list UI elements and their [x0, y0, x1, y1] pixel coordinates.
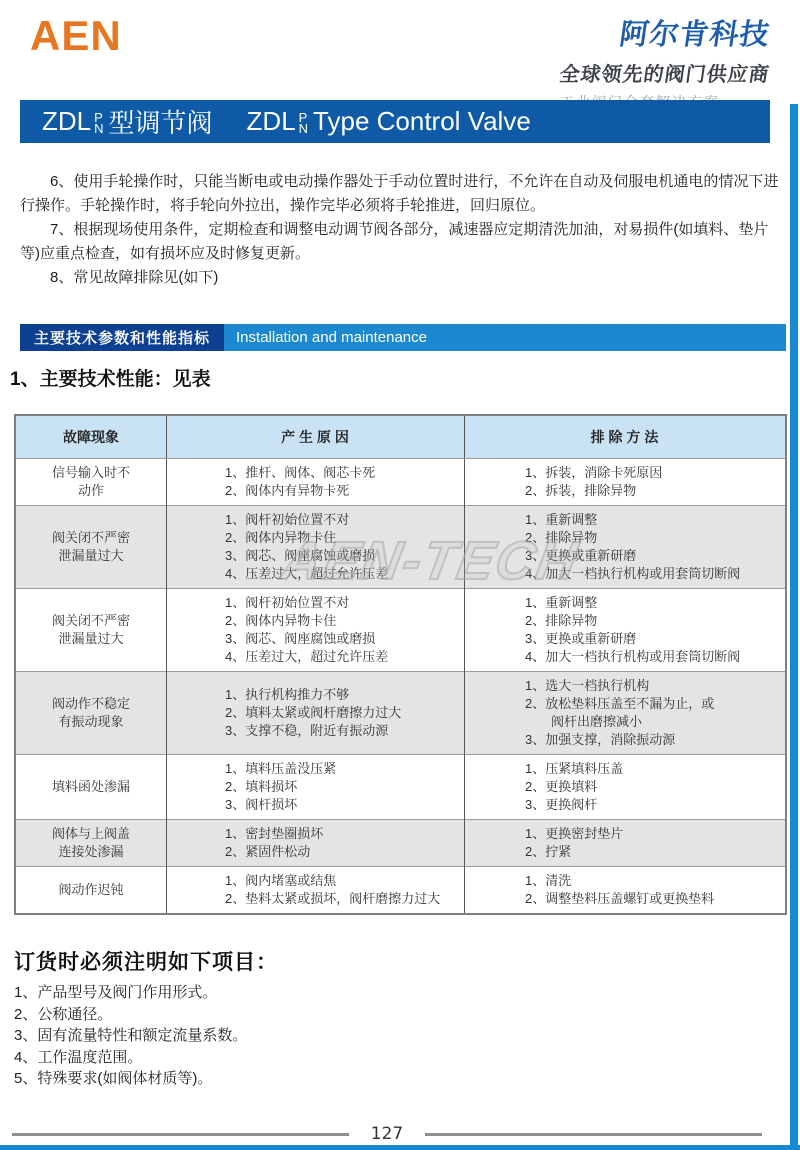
cell-phenomenon: 阀动作不稳定 有振动现象	[15, 672, 167, 755]
col-header-causes: 产 生 原 因	[167, 415, 465, 459]
brand-block: 阿尔肯科技 全球领先的阀门供应商 工业阀门全套解决方案	[560, 12, 770, 112]
cell-causes: 1、填料压盖没压紧 2、填料损坏 3、阀杆损坏	[167, 755, 465, 820]
cell-solutions: 1、拆装，消除卡死原因 2、拆装，排除异物	[465, 459, 787, 506]
footer-rule-right	[425, 1133, 762, 1136]
cell-causes: 1、密封垫圈损坏 2、紧固件松动	[167, 820, 465, 867]
page-edge-strip	[790, 104, 798, 1150]
model-code: ZDL	[42, 106, 91, 137]
brand-slogan: 全球领先的阀门供应商	[558, 58, 772, 87]
paragraph-7: 7、根据现场使用条件，定期检查和调整电动调节阀各部分，减速器应定期清洗加油，对易…	[20, 218, 782, 266]
table-row: 阀关闭不严密 泄漏量过大 1、阀杆初始位置不对 2、阀体内异物卡住 3、阀芯、阀…	[15, 506, 786, 589]
pn-sub: N	[94, 123, 103, 134]
col-header-phenomenon: 故障现象	[15, 415, 167, 459]
table-row: 信号输入时不 动作 1、推杆、阀体、阀芯卡死 2、阀体内有异物卡死 1、拆装，消…	[15, 459, 786, 506]
product-title-en: Type Control Valve	[313, 106, 531, 137]
order-item: 3、固有流量特性和额定流量系数。	[14, 1025, 247, 1047]
table-heading: 1、主要技术性能：见表	[10, 364, 211, 391]
section-header-bar: 主要技术参数和性能指标 Installation and maintenance	[20, 324, 786, 351]
pn-stack-2: P N	[299, 112, 308, 134]
cell-solutions: 1、更换密封垫片 2、拧紧	[465, 820, 787, 867]
section-title-en: Installation and maintenance	[224, 324, 427, 351]
footer-rule-left	[12, 1133, 349, 1136]
document-page: { "header": { "logo": "AEN", "brand_cn":…	[0, 0, 800, 1150]
table-row: 阀动作不稳定 有振动现象 1、执行机构推力不够 2、填料太紧或阀杆磨擦力过大 3…	[15, 672, 786, 755]
product-title-cn: 型调节阀	[109, 103, 213, 140]
bottom-accent-bar	[0, 1145, 800, 1150]
page-number: 127	[371, 1124, 403, 1144]
cell-causes: 1、推杆、阀体、阀芯卡死 2、阀体内有异物卡死	[167, 459, 465, 506]
paragraph-8: 8、常见故障排除见(如下)	[20, 266, 782, 290]
table-row: 阀动作迟钝 1、阀内堵塞或结焦 2、垫料太紧或损坏，阀杆磨擦力过大 1、清洗 2…	[15, 867, 786, 915]
order-item: 4、工作温度范围。	[14, 1047, 247, 1069]
cell-phenomenon: 填料函处渗漏	[15, 755, 167, 820]
table-header-row: 故障现象 产 生 原 因 排 除 方 法	[15, 415, 786, 459]
order-item: 1、产品型号及阀门作用形式。	[14, 982, 247, 1004]
page-footer: 127	[12, 1124, 762, 1144]
cell-causes: 1、阀杆初始位置不对 2、阀体内异物卡住 3、阀芯、阀座腐蚀或磨损 4、压差过大…	[167, 589, 465, 672]
pn-stack: P N	[94, 112, 103, 134]
cell-phenomenon: 阀动作迟钝	[15, 867, 167, 915]
order-item: 5、特殊要求(如阀体材质等)。	[14, 1068, 247, 1090]
cell-phenomenon: 阀关闭不严密 泄漏量过大	[15, 506, 167, 589]
order-section-heading: 订货时必须注明如下项目：	[14, 946, 278, 976]
table-row: 填料函处渗漏 1、填料压盖没压紧 2、填料损坏 3、阀杆损坏 1、压紧填料压盖 …	[15, 755, 786, 820]
order-item-list: 1、产品型号及阀门作用形式。 2、公称通径。 3、固有流量特性和额定流量系数。 …	[14, 982, 247, 1090]
section-title-cn: 主要技术参数和性能指标	[20, 324, 224, 351]
cell-solutions: 1、选大一档执行机构 2、放松垫料压盖至不漏为止，或 阀杆出磨擦减小 3、加强支…	[465, 672, 787, 755]
product-title-bar: ZDL P N 型调节阀 ZDL P N Type Control Valve	[20, 100, 770, 143]
brand-name-cn: 阿尔肯科技	[557, 12, 773, 53]
cell-solutions: 1、压紧填料压盖 2、更换填料 3、更换阀杆	[465, 755, 787, 820]
table-row: 阀体与上阀盖 连接处渗漏 1、密封垫圈损坏 2、紧固件松动 1、更换密封垫片 2…	[15, 820, 786, 867]
model-code-2: ZDL	[247, 106, 296, 137]
table-row: 阀关闭不严密 泄漏量过大 1、阀杆初始位置不对 2、阀体内异物卡住 3、阀芯、阀…	[15, 589, 786, 672]
pn-sub-2: N	[299, 123, 308, 134]
maintenance-paragraphs: 6、使用手轮操作时，只能当断电或电动操作器处于手动位置时进行，不允许在自动及伺服…	[20, 170, 782, 290]
cell-phenomenon: 阀体与上阀盖 连接处渗漏	[15, 820, 167, 867]
cell-solutions: 1、重新调整 2、排除异物 3、更换或重新研磨 4、加大一档执行机构或用套筒切断…	[465, 589, 787, 672]
cell-causes: 1、阀杆初始位置不对 2、阀体内异物卡住 3、阀芯、阀座腐蚀或磨损 4、压差过大…	[167, 506, 465, 589]
company-logo: AEN	[30, 12, 122, 60]
cell-phenomenon: 信号输入时不 动作	[15, 459, 167, 506]
order-item: 2、公称通径。	[14, 1004, 247, 1026]
col-header-solutions: 排 除 方 法	[465, 415, 787, 459]
cell-phenomenon: 阀关闭不严密 泄漏量过大	[15, 589, 167, 672]
cell-causes: 1、阀内堵塞或结焦 2、垫料太紧或损坏，阀杆磨擦力过大	[167, 867, 465, 915]
cell-solutions: 1、清洗 2、调整垫料压盖螺钉或更换垫料	[465, 867, 787, 915]
paragraph-6: 6、使用手轮操作时，只能当断电或电动操作器处于手动位置时进行，不允许在自动及伺服…	[20, 170, 782, 218]
cell-causes: 1、执行机构推力不够 2、填料太紧或阀杆磨擦力过大 3、支撑不稳，附近有振动源	[167, 672, 465, 755]
fault-table: 故障现象 产 生 原 因 排 除 方 法 信号输入时不 动作 1、推杆、阀体、阀…	[14, 414, 787, 915]
cell-solutions: 1、重新调整 2、排除异物 3、更换或重新研磨 4、加大一档执行机构或用套筒切断…	[465, 506, 787, 589]
